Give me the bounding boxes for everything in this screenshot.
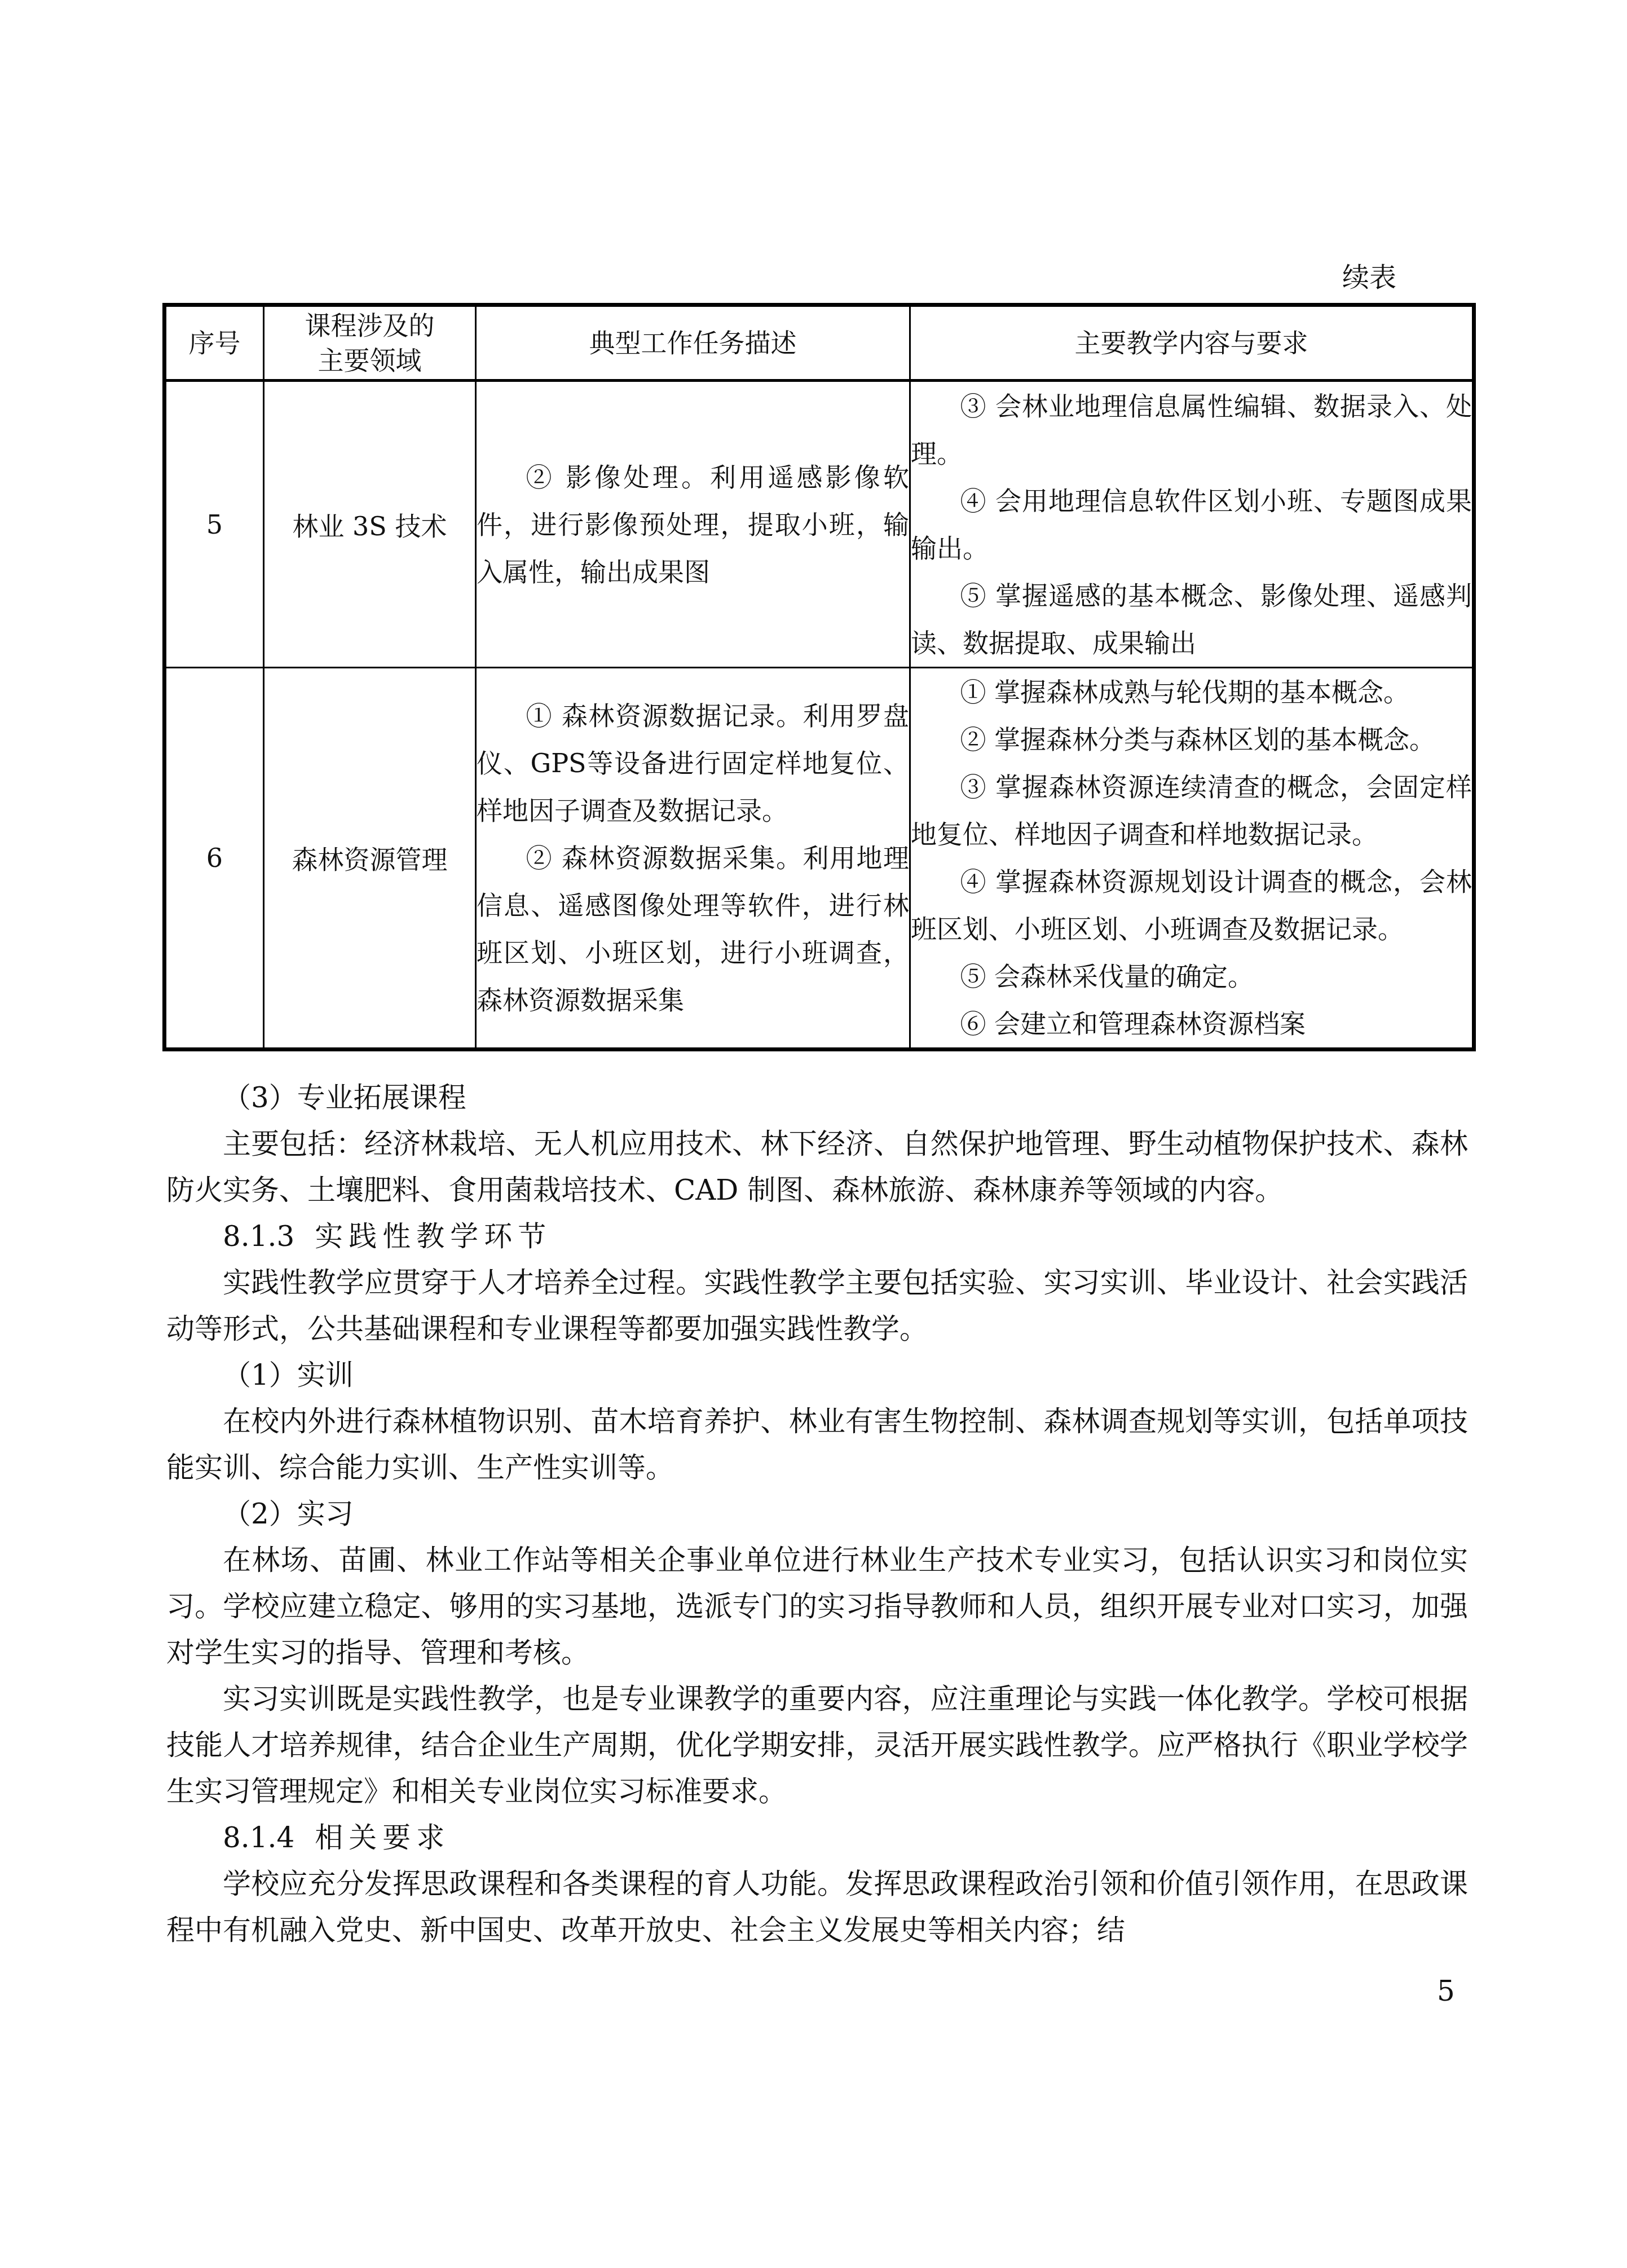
body-text: （3）专业拓展课程 主要包括：经济林栽培、无人机应用技术、林下经济、自然保护地管… bbox=[166, 1074, 1468, 1953]
task-item: ② 森林资源数据采集。利用地理信息、遥感图像处理等软件，进行林班区划、小班区划，… bbox=[477, 834, 909, 1024]
header-teaching-content: 主要教学内容与要求 bbox=[910, 305, 1474, 381]
row-serial-number: 5 bbox=[165, 381, 264, 668]
table-row: 5 林业 3S 技术 ② 影像处理。利用遥感影像软件，进行影像预处理，提取小班，… bbox=[165, 381, 1474, 668]
row-course-area: 森林资源管理 bbox=[264, 668, 476, 1050]
row-teaching-content: ① 掌握森林成熟与轮伐期的基本概念。 ② 掌握森林分类与森林区划的基本概念。 ③… bbox=[910, 668, 1474, 1050]
header-course-area: 课程涉及的 主要领域 bbox=[264, 305, 476, 381]
content-item: ④ 会用地理信息软件区划小班、专题图成果输出。 bbox=[911, 477, 1472, 572]
section-number: 8.1.3 bbox=[223, 1220, 294, 1253]
content-item: ③ 掌握森林资源连续清查的概念，会固定样地复位、样地因子调查和样地数据记录。 bbox=[911, 763, 1472, 858]
internship-title: （2）实习 bbox=[166, 1491, 1468, 1537]
section-number: 8.1.4 bbox=[223, 1821, 294, 1854]
task-item: ① 森林资源数据记录。利用罗盘仪、GPS等设备进行固定样地复位、样地因子调查及数… bbox=[477, 692, 909, 834]
training-paragraph: 在校内外进行森林植物识别、苗木培育养护、林业有害生物控制、森林调查规划等实训，包… bbox=[166, 1398, 1468, 1491]
practice-training-paragraph: 实习实训既是实践性教学，也是专业课教学的重要内容，应注重理论与实践一体化教学。学… bbox=[166, 1676, 1468, 1815]
page-number: 5 bbox=[1437, 1974, 1455, 2008]
row-course-area: 林业 3S 技术 bbox=[264, 381, 476, 668]
content-item: ⑤ 掌握遥感的基本概念、影像处理、遥感判读、数据提取、成果输出 bbox=[911, 572, 1472, 667]
task-item: ② 影像处理。利用遥感影像软件，进行影像预处理，提取小班，输入属性，输出成果图 bbox=[477, 453, 909, 596]
content-item: ⑤ 会森林采伐量的确定。 bbox=[911, 953, 1472, 1000]
row-serial-number: 6 bbox=[165, 668, 264, 1050]
section-8-1-4-heading: 8.1.4相关要求 bbox=[166, 1815, 1468, 1861]
extension-course-title: （3）专业拓展课程 bbox=[166, 1074, 1468, 1121]
extension-course-paragraph: 主要包括：经济林栽培、无人机应用技术、林下经济、自然保护地管理、野生动植物保护技… bbox=[166, 1121, 1468, 1213]
header-course-area-line1: 课程涉及的 bbox=[264, 308, 475, 343]
content-item: ② 掌握森林分类与森林区划的基本概念。 bbox=[911, 716, 1472, 763]
section-title: 相关要求 bbox=[315, 1821, 450, 1854]
section-title: 实践性教学环节 bbox=[315, 1220, 552, 1253]
header-course-area-line2: 主要领域 bbox=[264, 343, 475, 378]
row-typical-tasks: ② 影像处理。利用遥感影像软件，进行影像预处理，提取小班，输入属性，输出成果图 bbox=[476, 381, 910, 668]
content-item: ③ 会林业地理信息属性编辑、数据录入、处理。 bbox=[911, 382, 1472, 477]
header-serial-number: 序号 bbox=[165, 305, 264, 381]
header-typical-tasks: 典型工作任务描述 bbox=[476, 305, 910, 381]
content-item: ④ 掌握森林资源规划设计调查的概念，会林班区划、小班区划、小班调查及数据记录。 bbox=[911, 858, 1472, 953]
related-requirements-paragraph: 学校应充分发挥思政课程和各类课程的育人功能。发挥思政课程政治引领和价值引领作用，… bbox=[166, 1861, 1468, 1953]
row-typical-tasks: ① 森林资源数据记录。利用罗盘仪、GPS等设备进行固定样地复位、样地因子调查及数… bbox=[476, 668, 910, 1050]
content-item: ① 掌握森林成熟与轮伐期的基本概念。 bbox=[911, 668, 1472, 716]
training-title: （1）实训 bbox=[166, 1352, 1468, 1398]
table-header-row: 序号 课程涉及的 主要领域 典型工作任务描述 主要教学内容与要求 bbox=[165, 305, 1474, 381]
continued-table-label: 续表 bbox=[1342, 261, 1396, 294]
internship-paragraph: 在林场、苗圃、林业工作站等相关企事业单位进行林业生产技术专业实习，包括认识实习和… bbox=[166, 1537, 1468, 1676]
section-8-1-3-heading: 8.1.3实践性教学环节 bbox=[166, 1213, 1468, 1259]
curriculum-table: 序号 课程涉及的 主要领域 典型工作任务描述 主要教学内容与要求 5 林业 3S… bbox=[162, 303, 1476, 1051]
practice-teaching-paragraph: 实践性教学应贯穿于人才培养全过程。实践性教学主要包括实验、实习实训、毕业设计、社… bbox=[166, 1259, 1468, 1352]
table-row: 6 森林资源管理 ① 森林资源数据记录。利用罗盘仪、GPS等设备进行固定样地复位… bbox=[165, 668, 1474, 1050]
content-item: ⑥ 会建立和管理森林资源档案 bbox=[911, 1000, 1472, 1047]
row-teaching-content: ③ 会林业地理信息属性编辑、数据录入、处理。 ④ 会用地理信息软件区划小班、专题… bbox=[910, 381, 1474, 668]
